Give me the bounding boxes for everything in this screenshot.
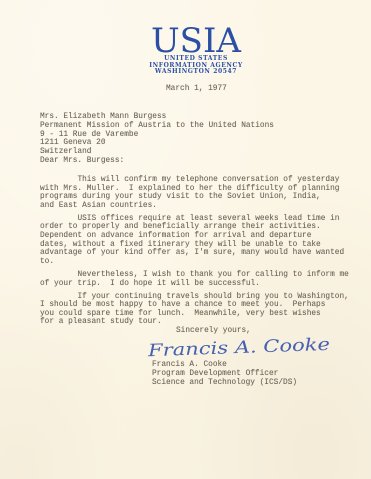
- org-name-line-3: WASHINGTON 20547: [140, 69, 252, 76]
- letter-page: USIA UNITED STATES INFORMATION AGENCY WA…: [0, 0, 371, 479]
- letter-date: March 1, 1977: [166, 85, 227, 94]
- letterhead: USIA UNITED STATES INFORMATION AGENCY WA…: [140, 26, 252, 76]
- signer-typed-block: Francis A. Cooke Program Development Off…: [152, 361, 297, 387]
- signature-text: Francis A. Cooke: [146, 335, 330, 361]
- usia-logo: USIA: [140, 26, 252, 56]
- paragraph-3: Nevertheless, I wish to thank you for ca…: [40, 271, 356, 288]
- salutation: Dear Mrs. Burgess:: [40, 157, 124, 166]
- handwritten-signature: Francis A. Cooke: [142, 331, 338, 365]
- paragraph-2: USIS offices require at least several we…: [40, 215, 356, 267]
- recipient-address: Mrs. Elizabeth Mann Burgess Permanent Mi…: [40, 113, 274, 157]
- paragraph-4: If your continuing travels should bring …: [40, 293, 356, 327]
- letter-body: This will confirm my telephone conversat…: [40, 176, 356, 332]
- paragraph-1: This will confirm my telephone conversat…: [40, 176, 356, 210]
